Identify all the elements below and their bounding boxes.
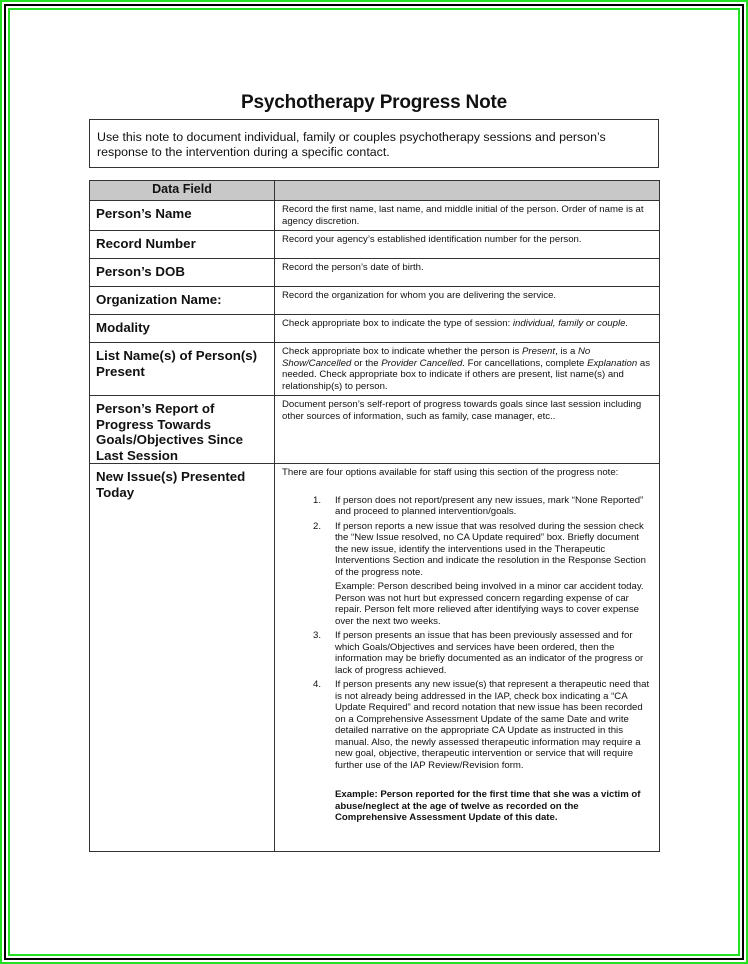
option-number: 4. (313, 679, 321, 691)
option-number: 2. (313, 521, 321, 533)
header-data-field: Data Field (90, 181, 275, 201)
description-italic: Present (522, 346, 555, 357)
field-description: Record your agency’s established identif… (275, 231, 660, 259)
description-italic: Explanation (587, 358, 637, 369)
table-row: Person’s Report of Progress Towards Goal… (90, 396, 660, 464)
field-label: Record Number (90, 231, 275, 259)
page-title: Psychotherapy Progress Note (0, 92, 748, 114)
option-item: 2. If person reports a new issue that wa… (335, 521, 653, 628)
option-item: 3. If person presents an issue that has … (335, 630, 653, 676)
option-text: If person presents an issue that has bee… (335, 630, 643, 676)
field-description: There are four options available for sta… (275, 464, 660, 852)
option-text: If person presents any new issue(s) that… (335, 679, 649, 771)
description-italic: individual, family or couple. (513, 318, 628, 329)
intro-box: Use this note to document individual, fa… (89, 119, 659, 168)
field-description: Document person’s self-report of progres… (275, 396, 660, 464)
description-text: or the (351, 358, 381, 369)
header-description (275, 181, 660, 201)
option-number: 3. (313, 630, 321, 642)
option-text: If person reports a new issue that was r… (335, 521, 646, 578)
table-header-row: Data Field (90, 181, 660, 201)
option-item: 4. If person presents any new issue(s) t… (335, 679, 653, 771)
field-label: Person’s Report of Progress Towards Goal… (90, 396, 275, 464)
option-item: 1. If person does not report/present any… (335, 495, 653, 518)
field-description: Check appropriate box to indicate the ty… (275, 315, 660, 343)
options-intro: There are four options available for sta… (282, 467, 653, 479)
description-text: Check appropriate box to indicate whethe… (282, 346, 522, 357)
option-number: 1. (313, 495, 321, 507)
field-description: Record the organization for whom you are… (275, 287, 660, 315)
description-italic: Provider Cancelled (381, 358, 462, 369)
field-label: Person’s DOB (90, 259, 275, 287)
table-row: Modality Check appropriate box to indica… (90, 315, 660, 343)
bold-example: Example: Person reported for the first t… (335, 789, 653, 848)
table-row: Organization Name: Record the organizati… (90, 287, 660, 315)
description-text: . For cancellations, complete (462, 358, 587, 369)
table-row: List Name(s) of Person(s) Present Check … (90, 343, 660, 396)
description-text: Check appropriate box to indicate the ty… (282, 318, 513, 329)
field-label: Person’s Name (90, 201, 275, 231)
field-description: Check appropriate box to indicate whethe… (275, 343, 660, 396)
table-row: Person’s DOB Record the person’s date of… (90, 259, 660, 287)
options-list: 1. If person does not report/present any… (282, 495, 653, 772)
field-label: List Name(s) of Person(s) Present (90, 343, 275, 396)
field-label: Modality (90, 315, 275, 343)
option-text: If person does not report/present any ne… (335, 495, 643, 518)
field-label: Organization Name: (90, 287, 275, 315)
data-field-table: Data Field Person’s Name Record the firs… (89, 180, 660, 852)
description-text: , is a (555, 346, 578, 357)
field-description: Record the person’s date of birth. (275, 259, 660, 287)
option-example: Example: Person described being involved… (335, 581, 653, 627)
field-description: Record the first name, last name, and mi… (275, 201, 660, 231)
field-label: New Issue(s) Presented Today (90, 464, 275, 852)
table-row: Person’s Name Record the first name, las… (90, 201, 660, 231)
table-row: Record Number Record your agency’s estab… (90, 231, 660, 259)
table-row: New Issue(s) Presented Today There are f… (90, 464, 660, 852)
